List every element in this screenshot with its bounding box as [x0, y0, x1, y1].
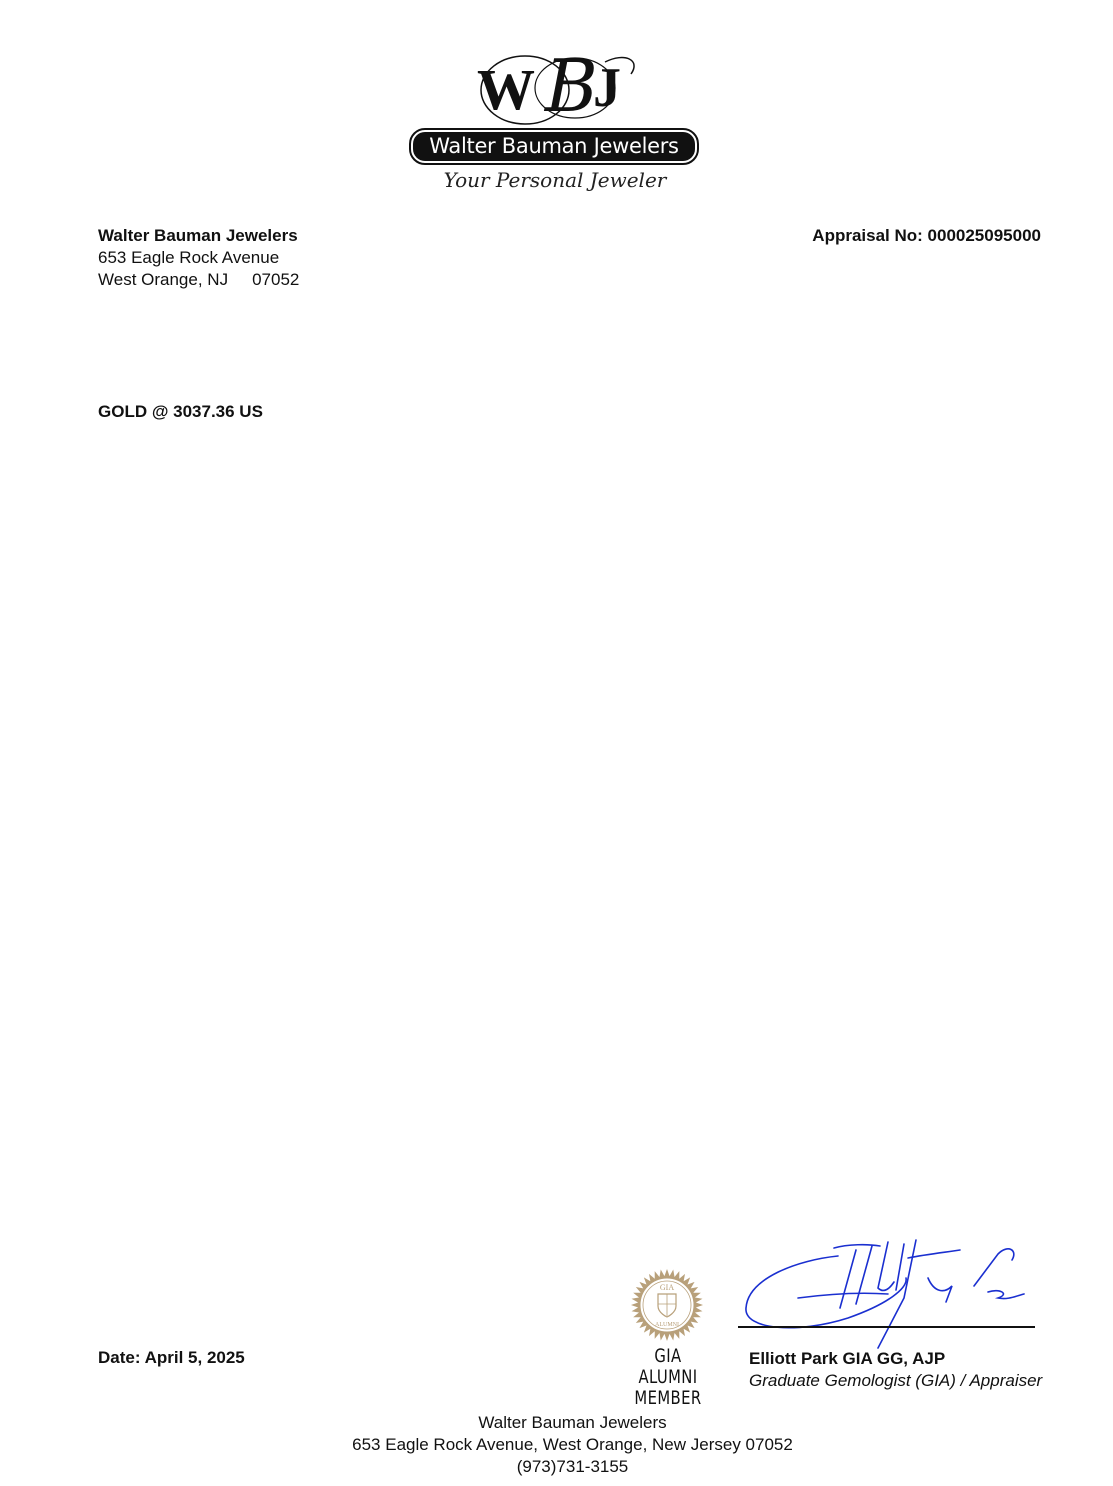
sender-zip: 07052 — [252, 270, 299, 289]
logo-banner: Walter Bauman Jewelers — [409, 128, 699, 165]
logo-tagline: Your Personal Jeweler — [405, 168, 705, 192]
logo-banner-text: Walter Bauman Jewelers — [413, 132, 695, 161]
gia-alumni-member-label: GIA ALUMNI MEMBER — [624, 1346, 711, 1409]
footer-phone: (973)731-3155 — [16, 1456, 1113, 1478]
svg-text:GIA: GIA — [660, 1283, 674, 1292]
appraiser-block: Elliott Park GIA GG, AJP Graduate Gemolo… — [749, 1348, 1042, 1392]
page-footer: Walter Bauman Jewelers 653 Eagle Rock Av… — [16, 1412, 1113, 1478]
company-logo: W B J Walter Bauman Jewelers Your Person… — [405, 48, 705, 208]
sender-city-state: West Orange, NJ — [98, 270, 228, 289]
svg-text:ALUMNI: ALUMNI — [655, 1322, 679, 1328]
appraiser-name: Elliott Park GIA GG, AJP — [749, 1348, 1042, 1370]
footer-address: 653 Eagle Rock Avenue, West Orange, New … — [16, 1434, 1113, 1456]
sender-name: Walter Bauman Jewelers — [98, 225, 299, 247]
gia-alumni-seal-icon: GIA ALUMNI — [630, 1268, 704, 1342]
appraisal-date: Date: April 5, 2025 — [98, 1348, 245, 1368]
signature-line — [738, 1326, 1035, 1328]
sender-street: 653 Eagle Rock Avenue — [98, 247, 299, 269]
wbj-monogram: W B J — [465, 48, 645, 128]
sender-address-block: Walter Bauman Jewelers 653 Eagle Rock Av… — [98, 225, 299, 291]
sender-city-line: West Orange, NJ07052 — [98, 269, 299, 291]
gold-price: GOLD @ 3037.36 US — [98, 402, 263, 422]
footer-company-name: Walter Bauman Jewelers — [16, 1412, 1113, 1434]
appraiser-signature-icon — [738, 1238, 1038, 1350]
appraisal-number: Appraisal No: 000025095000 — [812, 225, 1041, 247]
appraiser-title: Graduate Gemologist (GIA) / Appraiser — [749, 1370, 1042, 1392]
